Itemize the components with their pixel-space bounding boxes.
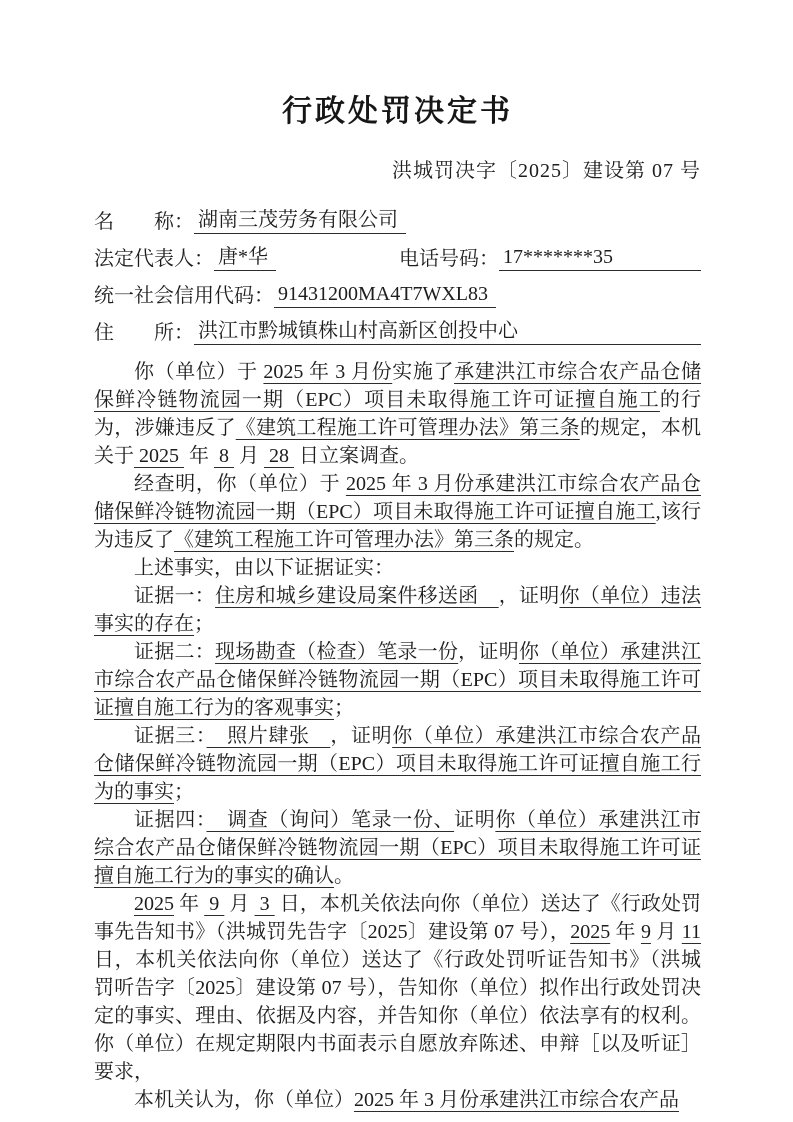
credit-code-label: 统一社会信用代码： bbox=[94, 279, 274, 308]
field-row-credit-code: 统一社会信用代码： 91431200MA4T7WXL83 bbox=[94, 271, 701, 308]
text-segment: 日，本机关依法向你（单位）送达了《行政处罚听证告知书》（洪城罚听告字〔2025〕… bbox=[94, 949, 701, 1083]
text-segment: ，证明 bbox=[330, 725, 392, 747]
paragraph: 证据三： 照片肆张 ，证明你（单位）承建洪江市综合农产品仓储保鲜冷链物流园一期（… bbox=[94, 722, 701, 806]
text-segment: 。 bbox=[334, 865, 354, 887]
paragraph: 证据四： 调查（询问）笔录一份、证明你（单位）承建洪江市综合农产品仓储保鲜冷链物… bbox=[94, 806, 701, 890]
text-segment: 你（单位）于 bbox=[134, 361, 263, 383]
address-label: 住 所： bbox=[94, 316, 194, 345]
text-segment: ，证明 bbox=[499, 585, 560, 607]
text-segment: ，证明 bbox=[458, 641, 519, 663]
header-fields: 名 称： 湖南三茂劳务有限公司 法定代表人： 唐*华 电话号码： 17*****… bbox=[94, 197, 701, 345]
text-segment: 实施了 bbox=[392, 361, 454, 383]
document-body: 你（单位）于 2025 年 3 月份实施了承建洪江市综合农产品仓储保鲜冷链物流园… bbox=[94, 358, 701, 1114]
name-label: 名 称： bbox=[94, 205, 194, 234]
underlined-text-segment: 现场勘查（检查）笔录一份 bbox=[215, 641, 458, 663]
field-row-address: 住 所： 洪江市黔城镇株山村高新区创投中心 bbox=[94, 308, 701, 345]
text-segment: 月 bbox=[224, 893, 254, 915]
legal-rep-group: 法定代表人： 唐*华 bbox=[94, 240, 399, 271]
paragraph: 经查明，你（单位）于 2025 年 3 月份承建洪江市综合农产品仓储保鲜冷链物流… bbox=[94, 470, 701, 554]
text-segment: 证据二： bbox=[134, 641, 215, 663]
text-segment: 年 bbox=[610, 921, 641, 943]
underlined-text-segment: 《建筑工程施工许可管理办法》第三条 bbox=[174, 529, 514, 551]
legal-rep-label: 法定代表人： bbox=[94, 242, 214, 271]
underlined-text-segment: 2025 bbox=[570, 921, 610, 943]
legal-rep-value: 唐*华 bbox=[214, 240, 276, 271]
underlined-text-segment: 2025 年 3 月份承建洪江市综合农产品 bbox=[354, 1089, 679, 1111]
underlined-text-segment: 9 bbox=[204, 893, 224, 915]
text-segment: 的规定。 bbox=[514, 529, 594, 551]
underlined-text-segment: 9 bbox=[641, 921, 651, 943]
text-segment: ； bbox=[334, 697, 354, 719]
text-segment: ； bbox=[194, 613, 214, 635]
text-segment: 证明 bbox=[454, 809, 495, 831]
field-row-name: 名 称： 湖南三茂劳务有限公司 bbox=[94, 197, 701, 234]
paragraph: 2025 年 9 月 3 日，本机关依法向你（单位）送达了《行政处罚事先告知书》… bbox=[94, 890, 701, 1086]
text-segment: 证据三： bbox=[134, 725, 207, 747]
phone-label: 电话号码： bbox=[399, 242, 499, 271]
text-segment: 月 bbox=[651, 921, 682, 943]
text-segment: 证据一： bbox=[134, 585, 215, 607]
paragraph: 本机关认为，你（单位）2025 年 3 月份承建洪江市综合农产品 bbox=[94, 1086, 701, 1114]
text-segment: 月 bbox=[234, 445, 264, 467]
underlined-text-segment: 3 bbox=[255, 893, 275, 915]
underlined-text-segment: 2025 bbox=[134, 893, 174, 915]
text-segment: 年 bbox=[174, 893, 204, 915]
name-value: 湖南三茂劳务有限公司 bbox=[194, 203, 406, 234]
paragraph: 证据一：住房和城乡建设局案件移送函 ，证明你（单位）违法事实的存在； bbox=[94, 582, 701, 638]
phone-group: 电话号码： 17*******35 bbox=[399, 242, 701, 271]
text-segment: ； bbox=[174, 781, 194, 803]
phone-value: 17*******35 bbox=[499, 246, 701, 271]
underlined-text-segment: 调查（询问）笔录一份、 bbox=[207, 809, 455, 831]
underlined-text-segment: 2025 bbox=[134, 445, 184, 467]
credit-code-value: 91431200MA4T7WXL83 bbox=[274, 283, 496, 308]
paragraph: 证据二：现场勘查（检查）笔录一份，证明你（单位）承建洪江市综合农产品仓储保鲜冷链… bbox=[94, 638, 701, 722]
underlined-text-segment: 2025 年 3 月份 bbox=[263, 361, 392, 383]
underlined-text-segment: 28 bbox=[264, 445, 294, 467]
underlined-text-segment: 《建筑工程施工许可管理办法》第三条 bbox=[236, 417, 580, 439]
text-segment: 日立案调查。 bbox=[294, 445, 419, 467]
underlined-text-segment: 8 bbox=[214, 445, 234, 467]
underlined-text-segment: 照片肆张 bbox=[207, 725, 331, 747]
text-segment: 本机关认为，你（单位） bbox=[134, 1089, 354, 1111]
underlined-text-segment: 11 bbox=[682, 921, 701, 943]
field-row-legal-rep-phone: 法定代表人： 唐*华 电话号码： 17*******35 bbox=[94, 234, 701, 271]
text-segment: 上述事实，由以下证据证实： bbox=[134, 557, 394, 579]
document-page: 行政处罚决定书 洪城罚决字〔2025〕建设第 07 号 名 称： 湖南三茂劳务有… bbox=[0, 0, 793, 1122]
document-title: 行政处罚决定书 bbox=[94, 86, 701, 130]
paragraph: 你（单位）于 2025 年 3 月份实施了承建洪江市综合农产品仓储保鲜冷链物流园… bbox=[94, 358, 701, 470]
text-segment: 经查明，你（单位）于 bbox=[134, 473, 346, 495]
address-value: 洪江市黔城镇株山村高新区创投中心 bbox=[194, 314, 701, 345]
underlined-text-segment: 住房和城乡建设局案件移送函 bbox=[215, 585, 499, 607]
text-segment: 年 bbox=[184, 445, 214, 467]
text-segment: 证据四： bbox=[134, 809, 207, 831]
document-number: 洪城罚决字〔2025〕建设第 07 号 bbox=[94, 154, 701, 183]
paragraph: 上述事实，由以下证据证实： bbox=[94, 554, 701, 582]
